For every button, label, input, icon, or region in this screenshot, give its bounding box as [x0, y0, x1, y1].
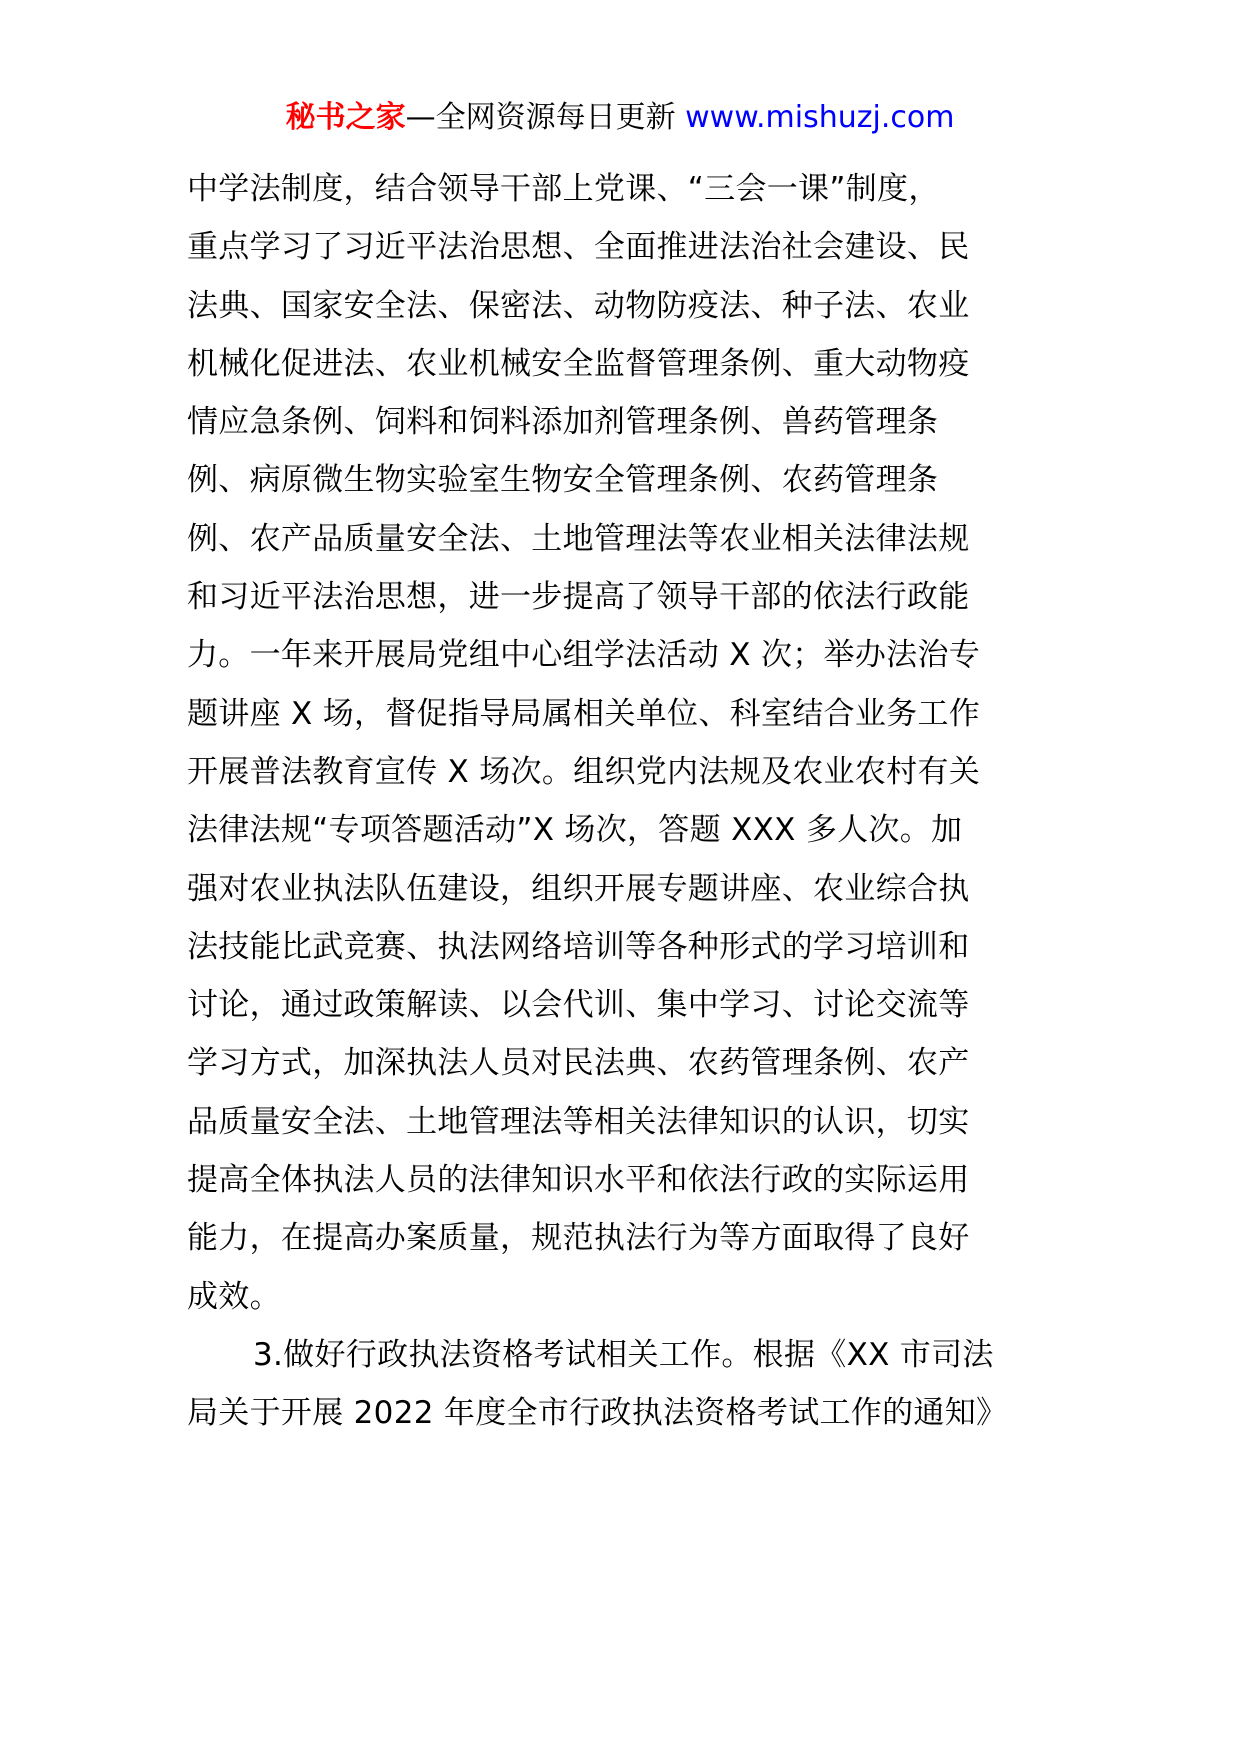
text-line: 情应急条例、饲料和饲料添加剂管理条例、兽药管理条: [187, 393, 1057, 451]
text-line: 重点学习了习近平法治思想、全面推进法治社会建设、民: [187, 218, 1057, 276]
text-line: 法律法规“专项答题活动”X 场次，答题 XXX 多人次。加: [187, 801, 1057, 859]
text-line: 机械化促进法、农业机械安全监督管理条例、重大动物疫: [187, 335, 1057, 393]
text-line: 强对农业执法队伍建设，组织开展专题讲座、农业综合执: [187, 860, 1057, 918]
document-body: 中学法制度，结合领导干部上党课、“三会一课”制度， 重点学习了习近平法治思想、全…: [187, 160, 1057, 1443]
text-line: 中学法制度，结合领导干部上党课、“三会一课”制度，: [187, 160, 1057, 218]
text-line: 法技能比武竞赛、执法网络培训等各种形式的学习培训和: [187, 918, 1057, 976]
text-line: 例、病原微生物实验室生物安全管理条例、农药管理条: [187, 451, 1057, 509]
text-line: 提高全体执法人员的法律知识水平和依法行政的实际运用: [187, 1151, 1057, 1209]
text-line: 讨论，通过政策解读、以会代训、集中学习、讨论交流等: [187, 976, 1057, 1034]
text-line: 例、农产品质量安全法、土地管理法等农业相关法律法规: [187, 510, 1057, 568]
site-url: www.mishuzj.com: [685, 100, 954, 135]
text-line: 和习近平法治思想，进一步提高了领导干部的依法行政能: [187, 568, 1057, 626]
text-line: 品质量安全法、土地管理法等相关法律知识的认识，切实: [187, 1093, 1057, 1151]
text-line: 能力，在提高办案质量，规范执法行为等方面取得了良好: [187, 1209, 1057, 1267]
section-heading-line: 3.做好行政执法资格考试相关工作。根据《XX 市司法: [187, 1326, 1057, 1384]
text-line: 局关于开展 2022 年度全市行政执法资格考试工作的通知》: [187, 1384, 1057, 1442]
text-line: 成效。: [187, 1268, 1057, 1326]
text-line: 法典、国家安全法、保密法、动物防疫法、种子法、农业: [187, 277, 1057, 335]
header-tagline: —全网资源每日更新: [406, 100, 686, 135]
watermark-header: 秘书之家—全网资源每日更新 www.mishuzj.com: [0, 98, 1240, 138]
brand-name: 秘书之家: [286, 100, 406, 135]
text-line: 力。一年来开展局党组中心组学法活动 X 次；举办法治专: [187, 626, 1057, 684]
text-line: 题讲座 X 场，督促指导局属相关单位、科室结合业务工作: [187, 685, 1057, 743]
text-line: 学习方式，加深执法人员对民法典、农药管理条例、农产: [187, 1034, 1057, 1092]
text-line: 开展普法教育宣传 X 场次。组织党内法规及农业农村有关: [187, 743, 1057, 801]
